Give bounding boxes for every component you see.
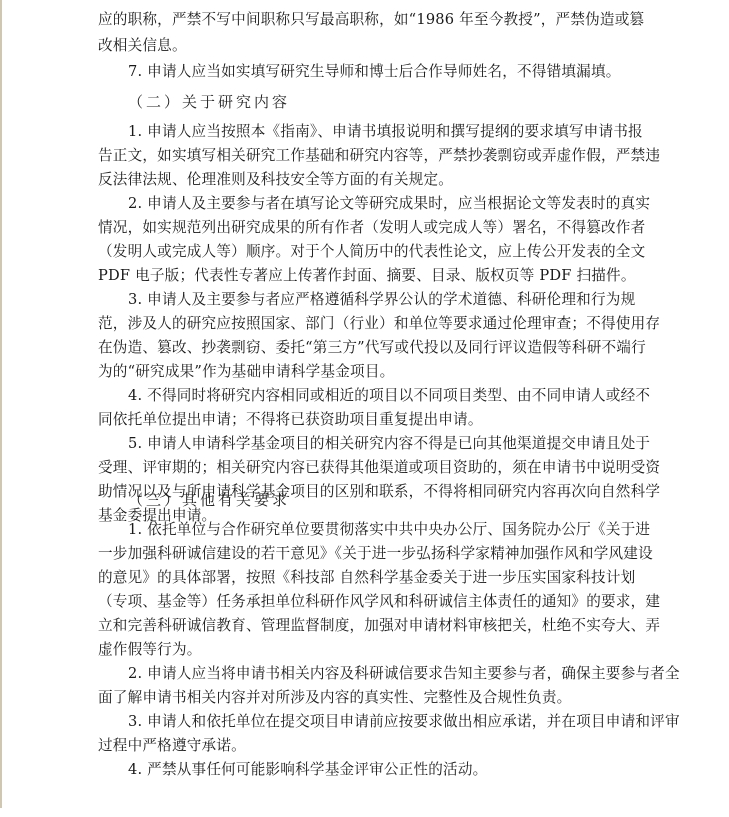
text-line: 一步加强科研诚信建设的若干意见》《关于进一步弘扬科学家精神加强作风和学风建设 — [98, 542, 632, 566]
text-line: 范，涉及人的研究应按照国家、部门（行业）和单位等要求通过伦理审查；不得使用存 — [98, 312, 632, 336]
text-line: 2. 申请人及主要参与者在填写论文等研究成果时，应当根据论文等发表时的真实 — [128, 192, 632, 216]
text-line: 情况，如实规范列出研究成果的所有作者（发明人或完成人等）署名，不得篡改作者 — [98, 216, 632, 240]
text-line: 4. 严禁从事任何可能影响科学基金评审公正性的活动。 — [128, 758, 632, 782]
text-line: 虚作假等行为。 — [98, 638, 632, 662]
text-line: 在伪造、篡改、抄袭剽窃、委托“第三方”代写或代投以及同行评议造假等科研不端行 — [98, 336, 632, 360]
text-line: 应的职称，严禁不写中间职称只写最高职称，如“1986 年至今教授”，严禁伪造或篡 — [98, 8, 632, 32]
text-line: 过程中严格遵守承诺。 — [98, 734, 632, 758]
section-heading-other-requirements: （三）其他有关要求 — [128, 488, 290, 512]
text-line: （专项、基金等）任务承担单位科研作风学风和科研诚信主体责任的通知》的要求，建 — [98, 590, 632, 614]
text-line: 告正文，如实填写相关研究工作基础和研究内容等，严禁抄袭剽窃或弄虚作假，严禁违 — [98, 144, 632, 168]
text-line: 面了解申请书相关内容并对所涉及内容的真实性、完整性及合规性负责。 — [98, 686, 632, 710]
section-heading-research-content: （二）关于研究内容 — [128, 90, 290, 114]
text-line: 1. 申请人应当按照本《指南》、申请书填报说明和撰写提纲的要求填写申请书报 — [128, 120, 632, 144]
text-line: 3. 申请人和依托单位在提交项目申请前应按要求做出相应承诺，并在项目申请和评审 — [128, 710, 632, 734]
text-line: PDF 电子版；代表性专著应上传著作封面、摘要、目录、版权页等 PDF 扫描件。 — [98, 264, 632, 288]
text-line: 3. 申请人及主要参与者应严格遵循科学界公认的学术道德、科研伦理和行为规 — [128, 288, 632, 312]
text-line: 改相关信息。 — [98, 34, 632, 58]
text-line: 受理、评审期的；相关研究内容已获得其他渠道或项目资助的，须在申请书中说明受资 — [98, 456, 632, 480]
text-line: 同依托单位提出申请；不得将已获资助项目重复提出申请。 — [98, 408, 632, 432]
text-line: 5. 申请人申请科学基金项目的相关研究内容不得是已向其他渠道提交申请且处于 — [128, 432, 632, 456]
text-line: 2. 申请人应当将申请书相关内容及科研诚信要求告知主要参与者，确保主要参与者全 — [128, 662, 632, 686]
text-line: 为的“研究成果”作为基础申请科学基金项目。 — [98, 360, 632, 384]
text-line: （发明人或完成人等）顺序。对于个人简历中的代表性论文，应上传公开发表的全文 — [98, 240, 632, 264]
text-line: 4. 不得同时将研究内容相同或相近的项目以不同项目类型、由不同申请人或经不 — [128, 384, 632, 408]
text-line: 反法律法规、伦理准则及科技安全等方面的有关规定。 — [98, 168, 632, 192]
page-edge-rule — [0, 0, 2, 808]
paragraph-item-7: 7. 申请人应当如实填写研究生导师和博士后合作导师姓名，不得错填漏填。 — [128, 60, 632, 84]
text-line: 立和完善科研诚信教育、管理监督制度，加强对申请材料审核把关，杜绝不实夸大、弄 — [98, 614, 632, 638]
text-line: 1. 依托单位与合作研究单位要贯彻落实中共中央办公厅、国务院办公厅《关于进 — [128, 518, 632, 542]
text-line: 的意见》的具体部署，按照《科技部 自然科学基金委关于进一步压实国家科技计划 — [98, 566, 632, 590]
